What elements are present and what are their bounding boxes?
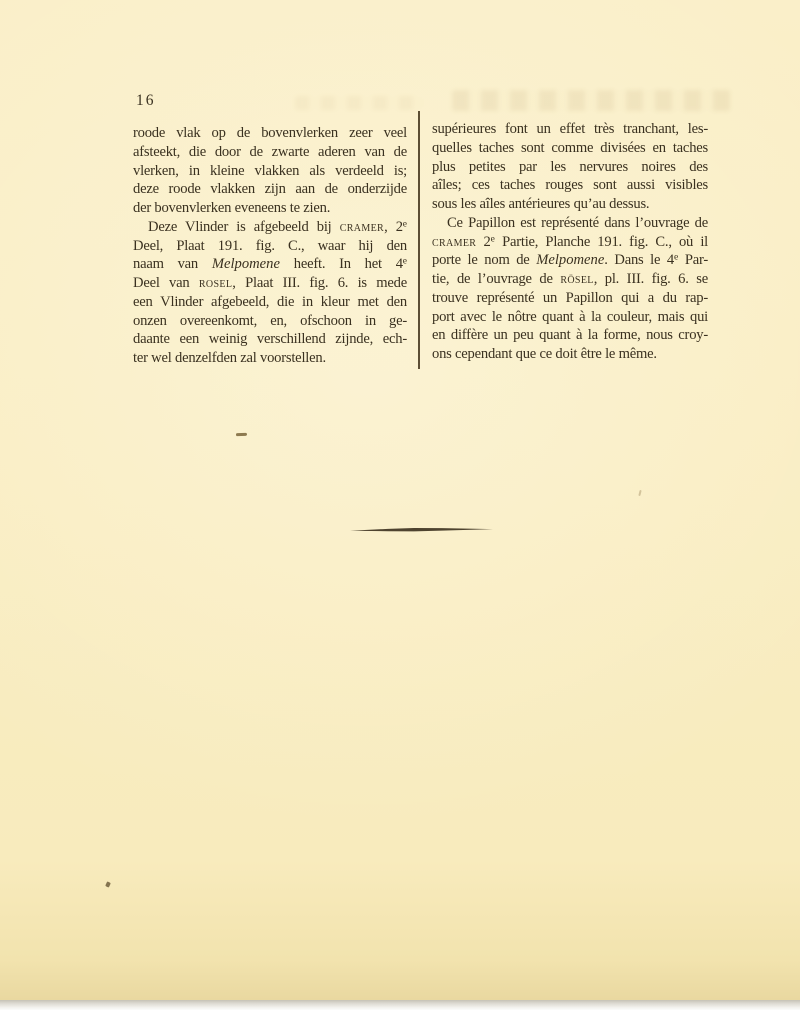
page-number: 16 xyxy=(136,92,156,110)
text-line: plus petites par les nervures noires des xyxy=(432,158,708,177)
text-line: roode vlak op de bovenvlerken zeer veel xyxy=(133,124,407,143)
show-through-ghost-text xyxy=(452,90,730,111)
text-line: ter wel denzelfden zal voorstellen. xyxy=(133,349,407,368)
text-line: deze roode vlakken zijn aan de onderzijd… xyxy=(133,180,407,199)
text-line: der bovenvlerken eveneens te zien. xyxy=(133,199,407,218)
text-line: daante een weinig verschillend zijnde, e… xyxy=(133,330,407,349)
right-column-french-text: supérieures font un effet très tranchant… xyxy=(432,120,708,364)
ink-speck xyxy=(105,881,111,887)
text-line: Deel, Plaat 191. fig. C., waar hij den xyxy=(133,237,407,256)
stray-dash-mark xyxy=(236,433,247,436)
text-line: porte le nom de Melpomene. Dans le 4e Pa… xyxy=(432,251,708,270)
section-divider-swelled-rule xyxy=(350,526,493,533)
text-line: cramer 2e Partie, Planche 191. fig. C., … xyxy=(432,233,708,252)
text-line: onzen overeenkomt, en, ofschoon in ge- xyxy=(133,312,407,331)
scan-bottom-edge xyxy=(0,1000,800,1010)
text-line: Ce Papillon est représenté dans l’ouvrag… xyxy=(432,214,708,233)
ink-speck xyxy=(638,490,641,496)
text-line: vlerken, in kleine vlakken als verdeeld … xyxy=(133,162,407,181)
text-line: quelles taches sont comme divisées en ta… xyxy=(432,139,708,158)
text-line: en diffère un peu quant à la forme, nous… xyxy=(432,326,708,345)
text-line: aîles; ces taches rouges sont aussi visi… xyxy=(432,176,708,195)
text-line: Deze Vlinder is afgebeeld bij cramer, 2e xyxy=(133,218,407,237)
book-page-scan: 16 roode vlak op de bovenvlerken zeer ve… xyxy=(0,0,800,1010)
text-line: ons cependant que ce doit être le même. xyxy=(432,345,708,364)
text-line: een Vlinder afgebeeld, die in kleur met … xyxy=(133,293,407,312)
show-through-ghost-text xyxy=(295,96,425,110)
left-column-dutch-text: roode vlak op de bovenvlerken zeer veela… xyxy=(133,124,407,368)
text-line: afsteekt, die door de zwarte aderen van … xyxy=(133,143,407,162)
paper-background: 16 roode vlak op de bovenvlerken zeer ve… xyxy=(0,0,800,1000)
text-line: naam van Melpomene heeft. In het 4e xyxy=(133,255,407,274)
column-divider-rule xyxy=(418,111,420,369)
text-line: Deel van rosel, Plaat III. fig. 6. is me… xyxy=(133,274,407,293)
text-line: tie, de l’ouvrage de rösel, pl. III. fig… xyxy=(432,270,708,289)
text-line: trouve représenté un Papillon qui a du r… xyxy=(432,289,708,308)
text-line: supérieures font un effet très tranchant… xyxy=(432,120,708,139)
text-line: sous les aîles antérieures qu’au dessus. xyxy=(432,195,708,214)
text-line: port avec le nôtre quant à la couleur, m… xyxy=(432,308,708,327)
